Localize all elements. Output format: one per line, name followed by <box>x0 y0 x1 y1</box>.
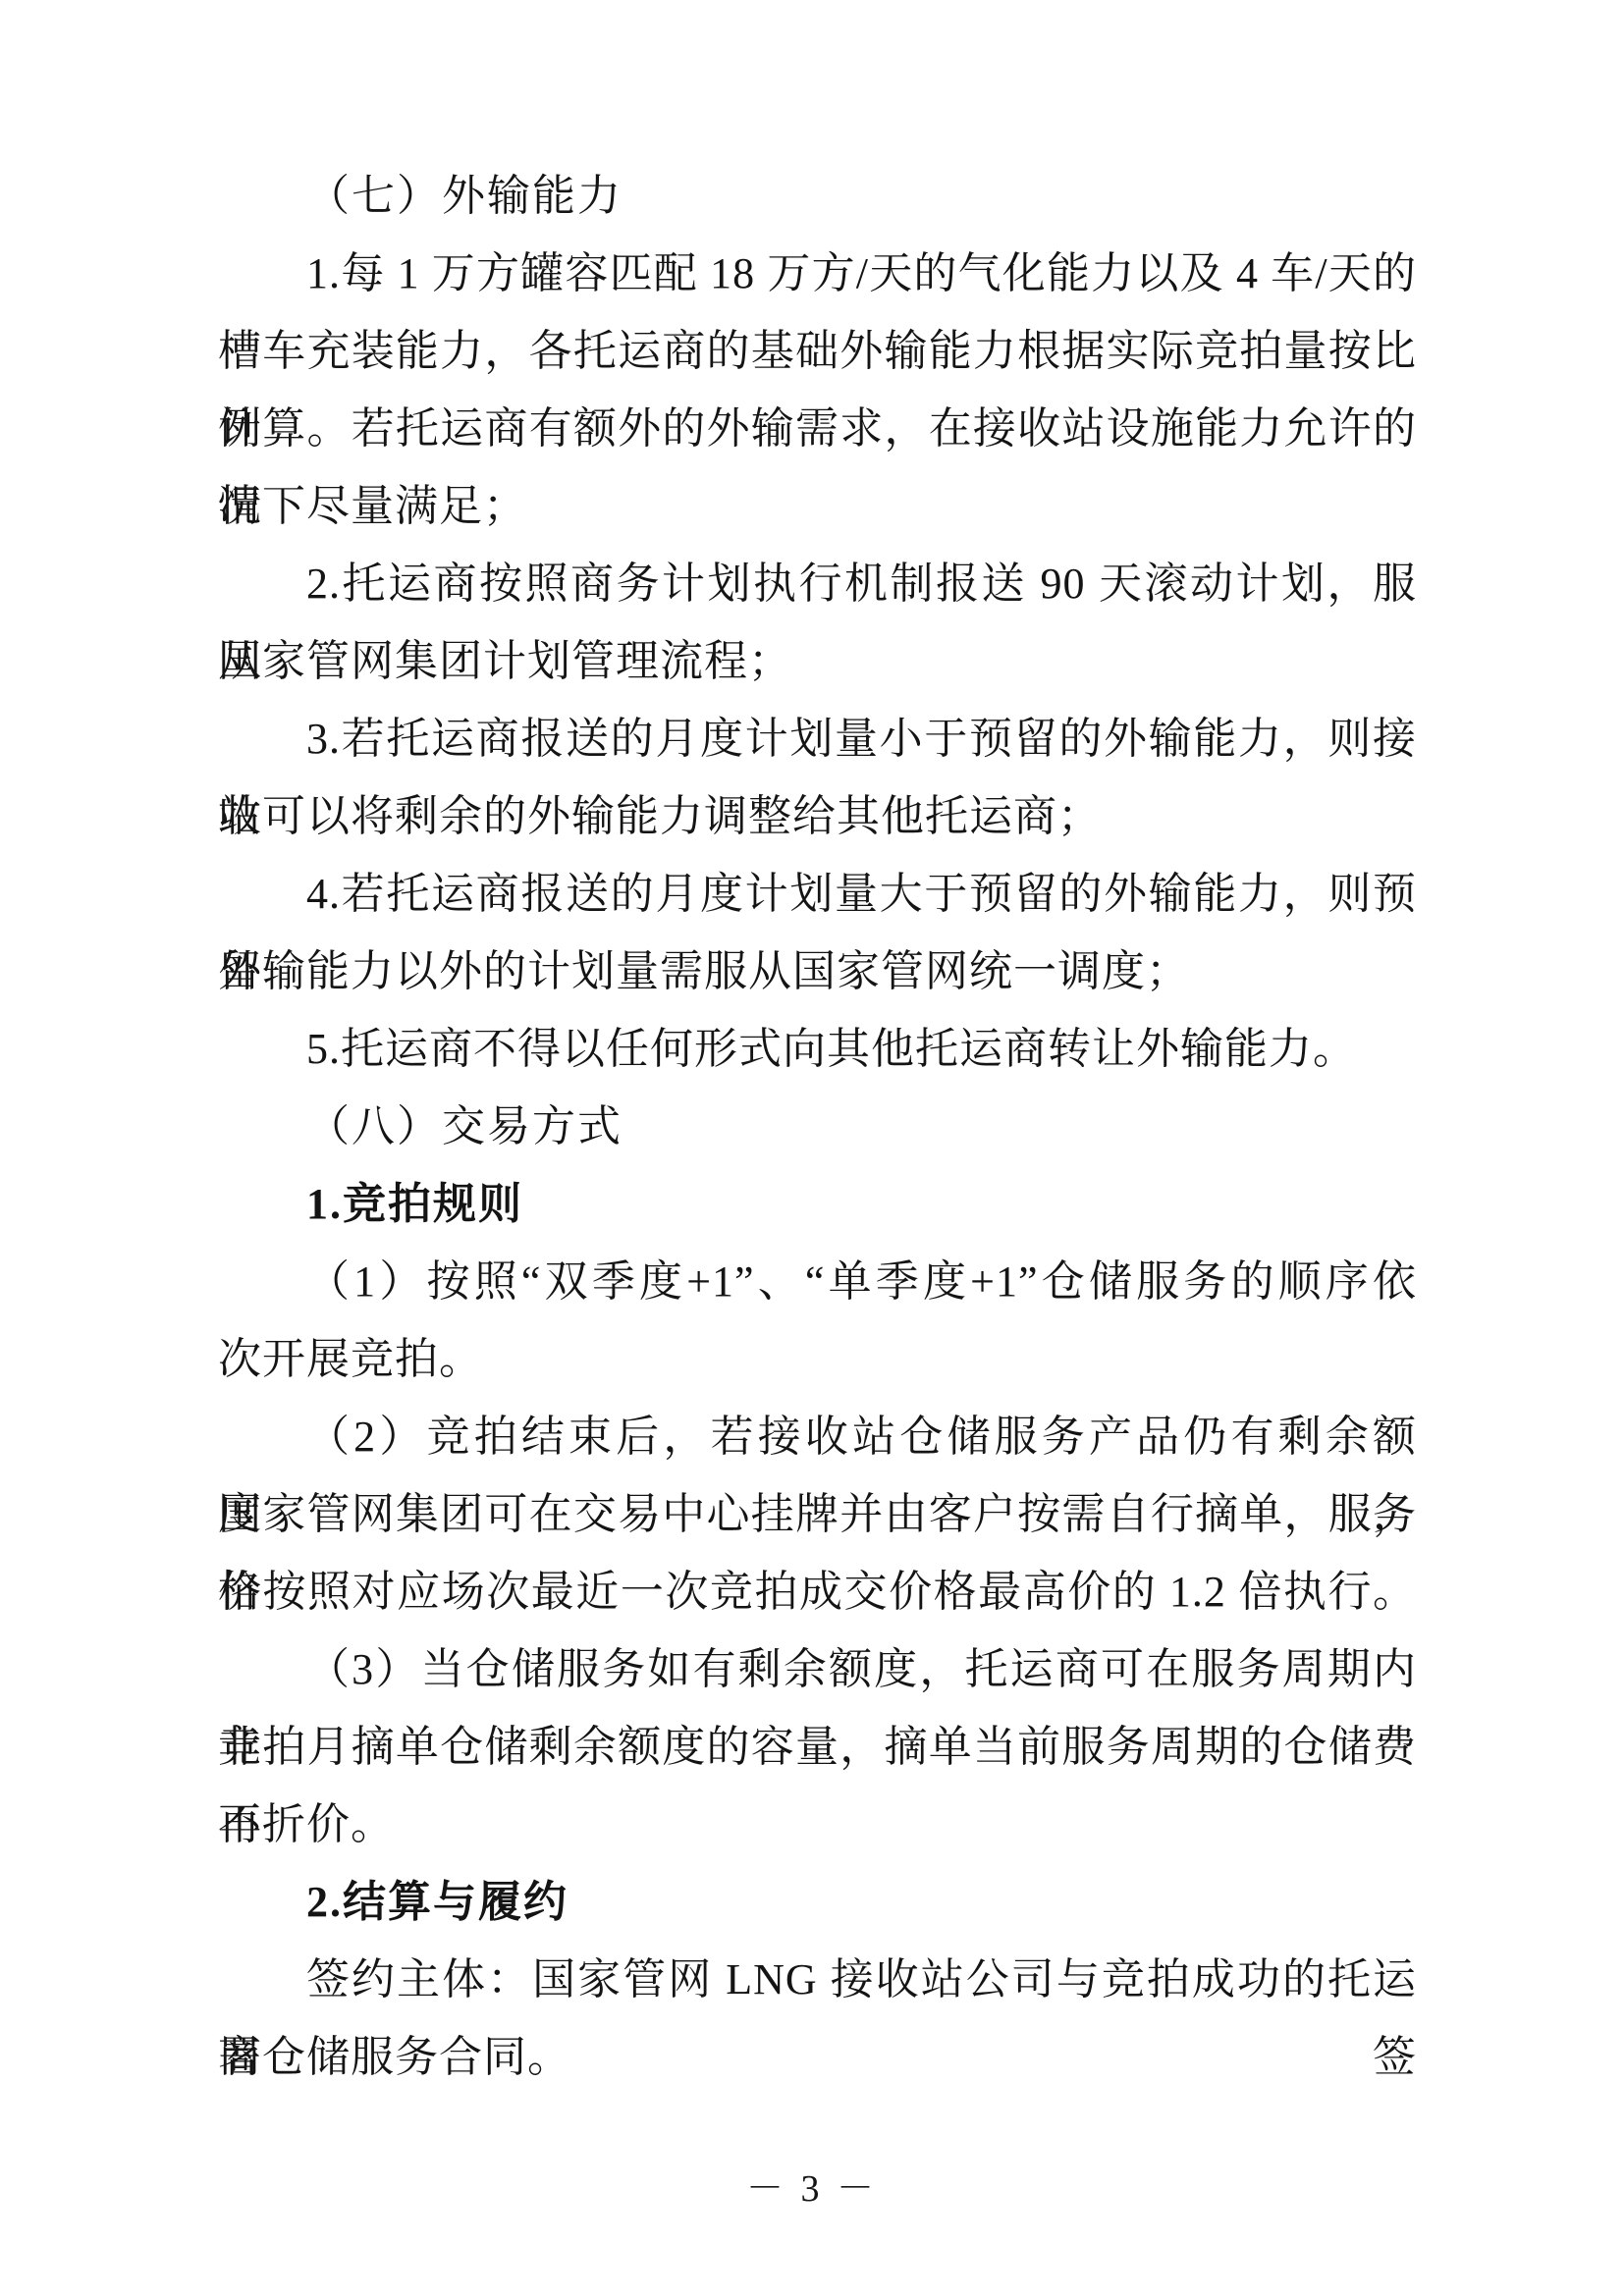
document-page: （七）外输能力 1.每 1 万方罐容匹配 18 万方/天的气化能力以及 4 车/… <box>0 0 1624 2296</box>
doc-line-monthly-more-2: 外输能力以外的计划量需服从国家管网统一调度； <box>218 933 1417 1010</box>
section-heading-7: （七）外输能力 <box>218 157 1417 235</box>
doc-line-remaining-quota-2: 竞拍月摘单仓储剩余额度的容量，摘单当前服务周期的仓储费不 <box>218 1708 1417 1786</box>
doc-line-export-2: 槽车充装能力，各托运商的基础外输能力根据实际竞拍量按比例 <box>218 312 1417 390</box>
doc-line-monthly-less-1: 3.若托运商报送的月度计划量小于预留的外输能力，则接收 <box>218 700 1417 777</box>
section-heading-8: （八）交易方式 <box>218 1088 1417 1165</box>
doc-line-contract-parties-1: 签约主体：国家管网 LNG 接收站公司与竞拍成功的托运商签 <box>218 1941 1417 2018</box>
doc-line-listing-2: 国家管网集团可在交易中心挂牌并由客户按需自行摘单，服务价 <box>218 1475 1417 1553</box>
doc-line-rolling-plan-2: 国家管网集团计划管理流程； <box>218 622 1417 700</box>
page-footer: － 3 － <box>0 2158 1624 2212</box>
doc-line-rolling-plan-1: 2.托运商按照商务计划执行机制报送 90 天滚动计划，服从 <box>218 545 1417 622</box>
page-number: － 3 － <box>746 2168 878 2210</box>
document-body: （七）外输能力 1.每 1 万方罐容匹配 18 万方/天的气化能力以及 4 车/… <box>218 157 1417 2096</box>
doc-line-auction-order-1: （1）按照“双季度+1”、“单季度+1”仓储服务的顺序依 <box>218 1243 1417 1320</box>
doc-line-auction-order-2: 次开展竞拍。 <box>218 1320 1417 1398</box>
doc-line-export-3: 计算。若托运商有额外的外输需求，在接收站设施能力允许的情 <box>218 390 1417 467</box>
doc-line-remaining-quota-1: （3）当仓储服务如有剩余额度，托运商可在服务周期内非 <box>218 1630 1417 1708</box>
doc-line-export-4: 况下尽量满足； <box>218 467 1417 545</box>
subheading-auction-rules: 1.竞拍规则 <box>218 1165 1417 1243</box>
doc-line-monthly-more-1: 4.若托运商报送的月度计划量大于预留的外输能力，则预留 <box>218 855 1417 933</box>
doc-line-export-1: 1.每 1 万方罐容匹配 18 万方/天的气化能力以及 4 车/天的 <box>218 235 1417 312</box>
doc-line-listing-3: 格按照对应场次最近一次竞拍成交价格最高价的 1.2 倍执行。 <box>218 1553 1417 1630</box>
doc-line-listing-1: （2）竞拍结束后，若接收站仓储服务产品仍有剩余额度， <box>218 1398 1417 1475</box>
doc-line-monthly-less-2: 站可以将剩余的外输能力调整给其他托运商； <box>218 777 1417 855</box>
doc-line-remaining-quota-3: 再折价。 <box>218 1786 1417 1863</box>
subheading-settlement: 2.结算与履约 <box>218 1863 1417 1941</box>
doc-line-no-transfer: 5.托运商不得以任何形式向其他托运商转让外输能力。 <box>218 1010 1417 1088</box>
